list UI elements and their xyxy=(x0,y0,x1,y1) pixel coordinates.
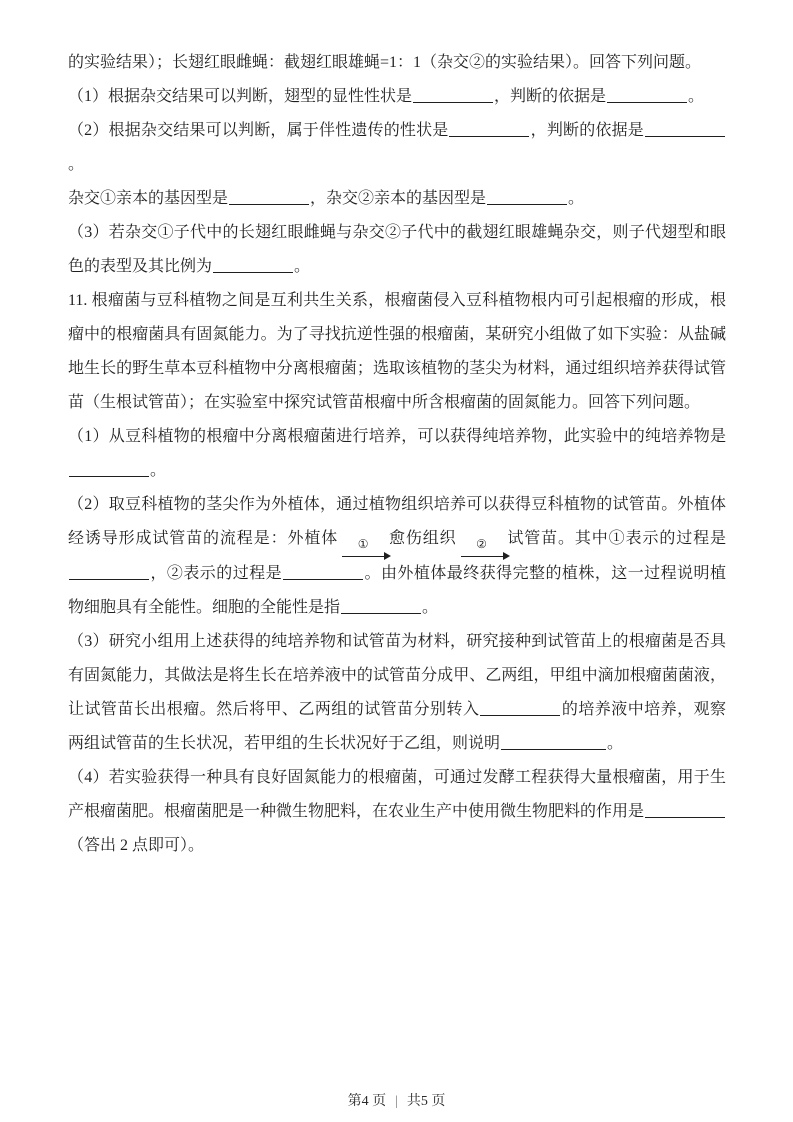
document-body: 的实验结果）；长翅红眼雌蝇：截翅红眼雄蝇=1：1（杂交②的实验结果）。回答下列问… xyxy=(68,46,726,863)
page-footer: 第4 页|共5 页 xyxy=(0,1090,793,1110)
answer-blank xyxy=(283,579,363,580)
text-run: （2）根据杂交结果可以判断，属于伴性遗传的性状是 xyxy=(68,122,448,139)
paragraph: 11. 根瘤菌与豆科植物之间是互利共生关系，根瘤菌侵入豆科植物根内可引起根瘤的形… xyxy=(68,284,726,420)
text-run: 。 xyxy=(422,599,438,616)
paragraph: （4）若实验获得一种具有良好固氮能力的根瘤菌，可通过发酵工程获得大量根瘤菌，用于… xyxy=(68,761,726,863)
text-run: 试管苗。其中①表示的过程是 xyxy=(507,530,726,547)
text-run: （1）根据杂交结果可以判断，翅型的显性性状是 xyxy=(68,88,412,105)
answer-blank xyxy=(480,715,560,716)
answer-blank xyxy=(607,102,687,103)
page-number: 第4 页 xyxy=(348,1094,387,1109)
footer-separator: | xyxy=(395,1094,398,1109)
text-run: 。 xyxy=(568,190,584,207)
text-run: 。 xyxy=(150,462,166,479)
answer-blank xyxy=(449,136,529,137)
paragraph: 的实验结果）；长翅红眼雌蝇：截翅红眼雄蝇=1：1（杂交②的实验结果）。回答下列问… xyxy=(68,46,726,80)
page-total: 共5 页 xyxy=(407,1094,446,1109)
text-run: 。 xyxy=(607,735,623,752)
text-run: ，判断的依据是 xyxy=(494,88,606,105)
labeled-arrow-icon: ① xyxy=(342,538,384,557)
paragraph: （3）研究小组用上述获得的纯培养物和试管苗为材料，研究接种到试管苗上的根瘤菌是否… xyxy=(68,625,726,761)
arrow-step-label: ② xyxy=(476,538,487,550)
text-run: 愈伤组织 xyxy=(388,530,456,547)
text-run: 11. 根瘤菌与豆科植物之间是互利共生关系，根瘤菌侵入豆科植物根内可引起根瘤的形… xyxy=(68,292,726,411)
text-run: （4）若实验获得一种具有良好固氮能力的根瘤菌，可通过发酵工程获得大量根瘤菌，用于… xyxy=(68,769,726,820)
text-run: （3）若杂交①子代中的长翅红眼雌蝇与杂交②子代中的截翅红眼雄蝇杂交，则子代翅型和… xyxy=(68,224,726,275)
answer-blank xyxy=(341,613,421,614)
answer-blank xyxy=(69,476,149,477)
answer-blank xyxy=(645,817,725,818)
answer-blank xyxy=(645,136,725,137)
answer-blank xyxy=(213,272,293,273)
answer-blank xyxy=(487,204,567,205)
text-run: ，判断的依据是 xyxy=(530,122,644,139)
answer-blank xyxy=(501,749,606,750)
paragraph: （2）根据杂交结果可以判断，属于伴性遗传的性状是，判断的依据是。 xyxy=(68,114,726,182)
answer-blank xyxy=(229,204,309,205)
paragraph: （1）根据杂交结果可以判断，翅型的显性性状是，判断的依据是。 xyxy=(68,80,726,114)
text-run: 。 xyxy=(688,88,704,105)
text-run: （1）从豆科植物的根瘤中分离根瘤菌进行培养，可以获得纯培养物，此实验中的纯培养物… xyxy=(68,428,726,445)
paragraph: （3）若杂交①子代中的长翅红眼雌蝇与杂交②子代中的截翅红眼雄蝇杂交，则子代翅型和… xyxy=(68,216,726,284)
answer-blank xyxy=(69,579,149,580)
arrow-step-label: ① xyxy=(358,538,369,550)
answer-blank xyxy=(413,102,493,103)
text-run: 杂交①亲本的基因型是 xyxy=(68,190,228,207)
exam-page: 的实验结果）；长翅红眼雌蝇：截翅红眼雄蝇=1：1（杂交②的实验结果）。回答下列问… xyxy=(0,0,793,1122)
labeled-arrow-icon: ② xyxy=(461,538,503,557)
text-run: 的实验结果）；长翅红眼雌蝇：截翅红眼雄蝇=1：1（杂交②的实验结果）。回答下列问… xyxy=(68,54,701,71)
paragraph: 杂交①亲本的基因型是，杂交②亲本的基因型是。 xyxy=(68,182,726,216)
text-run: （答出 2 点即可）。 xyxy=(68,837,204,854)
text-run: 。 xyxy=(294,258,310,275)
paragraph: （1）从豆科植物的根瘤中分离根瘤菌进行培养，可以获得纯培养物，此实验中的纯培养物… xyxy=(68,420,726,488)
text-run: 。 xyxy=(68,156,84,173)
paragraph: （2）取豆科植物的茎尖作为外植体，通过植物组织培养可以获得豆科植物的试管苗。外植… xyxy=(68,488,726,625)
text-run: ，杂交②亲本的基因型是 xyxy=(310,190,486,207)
text-run: ，②表示的过程是 xyxy=(150,565,282,582)
